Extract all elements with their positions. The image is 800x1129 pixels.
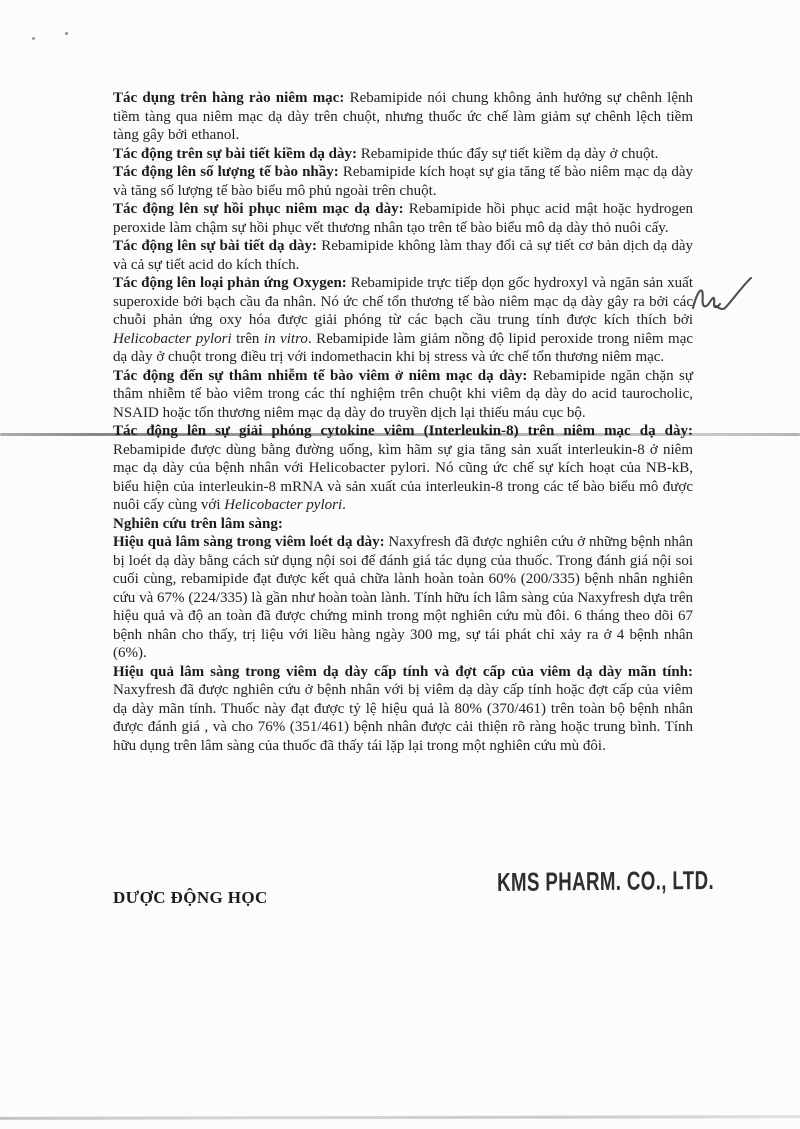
scan-speck (32, 37, 35, 40)
handwritten-initials-mark (690, 274, 754, 314)
paragraph: Tác động lên sự giải phóng cytokine viêm… (113, 422, 693, 515)
document-paragraphs: Tác dụng trên hàng rào niêm mạc: Rebamip… (113, 89, 693, 755)
paragraph: Hiệu quả lâm sàng trong viêm loét dạ dày… (113, 533, 693, 663)
paragraph: Tác động lên sự bài tiết dạ dày: Rebamip… (113, 237, 693, 274)
paragraph: Tác động đến sự thâm nhiễm tế bào viêm ở… (113, 367, 693, 423)
scan-speck (65, 32, 68, 35)
paragraph: Tác động lên sự hồi phục niêm mạc dạ dày… (113, 200, 693, 237)
section-heading-pharmacokinetics: DƯỢC ĐỘNG HỌC (113, 888, 268, 908)
scanned-document-page: Tác dụng trên hàng rào niêm mạc: Rebamip… (0, 0, 800, 1129)
company-stamp: KMS PHARM. CO., LTD. (497, 865, 714, 898)
paragraph: Hiệu quả lâm sàng trong viêm dạ dày cấp … (113, 663, 693, 756)
paragraph: Tác động lên loại phản ứng Oxygen: Rebam… (113, 274, 693, 367)
page-edge-shadow (0, 1115, 800, 1120)
paragraph: Tác dụng trên hàng rào niêm mạc: Rebamip… (113, 89, 693, 145)
paragraph: Nghiên cứu trên lâm sàng: (113, 515, 693, 534)
paragraph: Tác động trên sự bài tiết kiềm dạ dày: R… (113, 145, 693, 164)
paragraph: Tác động lên số lượng tế bào nhầy: Rebam… (113, 163, 693, 200)
